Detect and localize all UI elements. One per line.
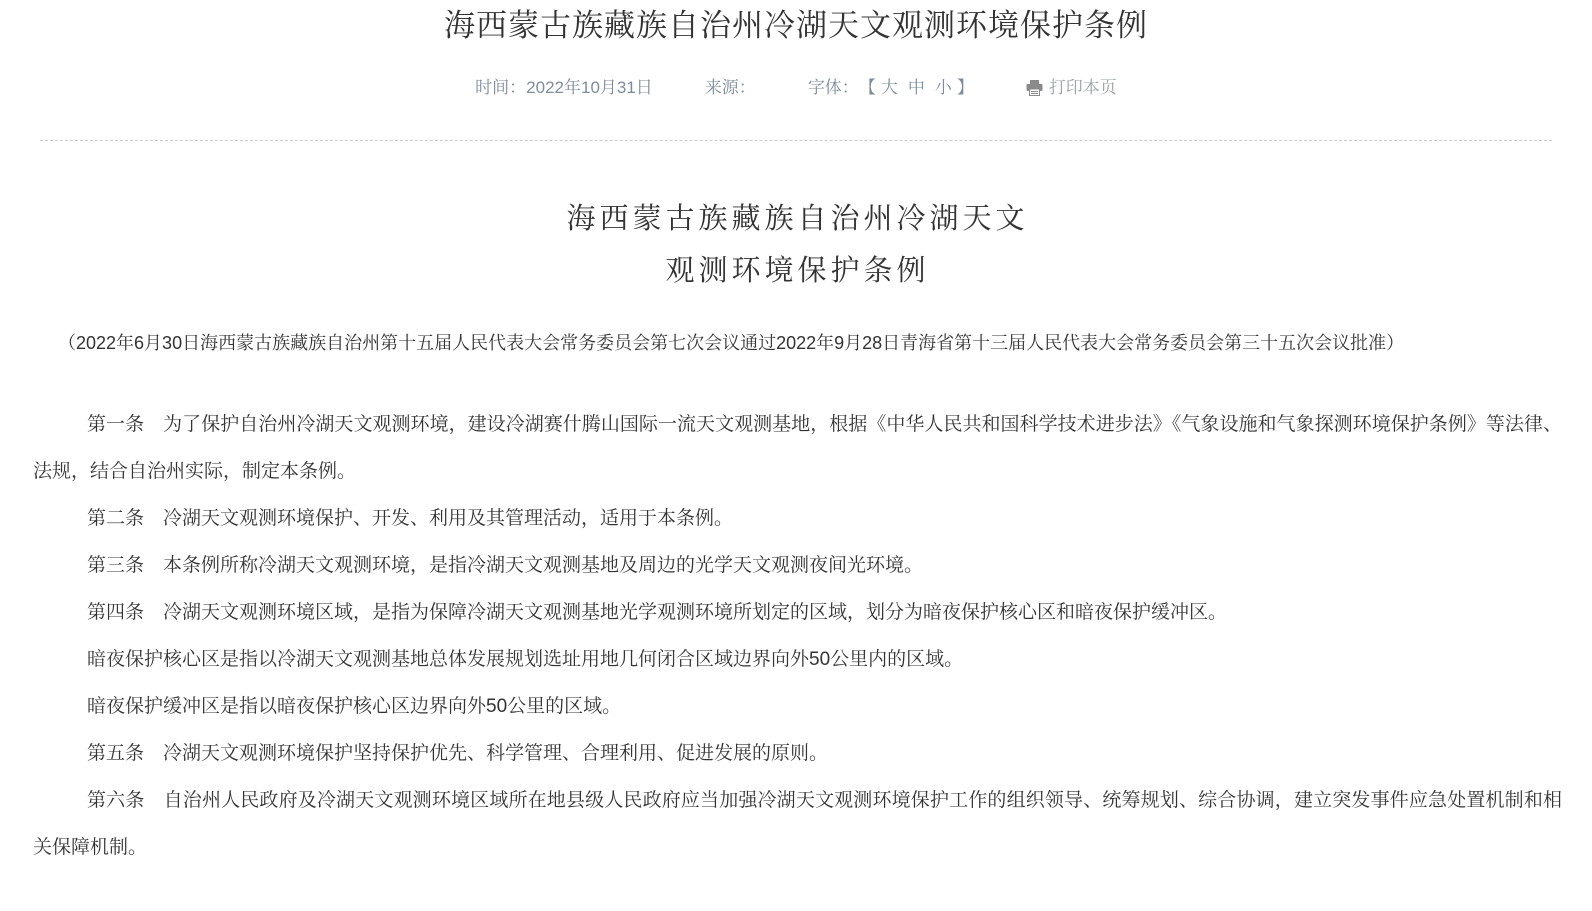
article-paragraph: 第一条 为了保护自治州冷湖天文观测环境，建设冷湖赛什腾山国际一流天文观测基地，根…: [33, 401, 1562, 495]
font-size-small[interactable]: 小: [935, 76, 952, 100]
article-body: 海西蒙古族藏族自治州冷湖天文 观测环境保护条例 （2022年6月30日海西蒙古族…: [0, 193, 1592, 911]
meta-time: 时间： 2022年10月31日: [475, 76, 653, 100]
article-paragraph: 第二条 冷湖天文观测环境保护、开发、利用及其管理活动，适用于本条例。: [33, 495, 1562, 542]
font-bracket-close: 】: [957, 76, 974, 100]
font-size-medium[interactable]: 中: [908, 76, 925, 100]
article-paragraphs: 第一条 为了保护自治州冷湖天文观测环境，建设冷湖赛什腾山国际一流天文观测基地，根…: [33, 401, 1562, 871]
font-size-large[interactable]: 大: [881, 76, 898, 100]
print-button[interactable]: 打印本页: [1026, 76, 1117, 100]
font-bracket-open: 【: [859, 76, 876, 100]
header-divider: [40, 140, 1552, 141]
article-paragraph: 第五条 冷湖天文观测环境保护坚持保护优先、科学管理、合理利用、促进发展的原则。: [33, 730, 1562, 777]
meta-font-size: 字体： 【 大 中 小 】: [808, 76, 974, 100]
document-title-line2: 观测环境保护条例: [33, 245, 1562, 297]
document-title: 海西蒙古族藏族自治州冷湖天文 观测环境保护条例: [33, 193, 1562, 297]
time-label: 时间：: [475, 76, 526, 100]
meta-source: 来源：: [705, 76, 756, 100]
page-title: 海西蒙古族藏族自治州冷湖天文观测环境保护条例: [0, 6, 1592, 46]
article-paragraph: 暗夜保护核心区是指以冷湖天文观测基地总体发展规划选址用地几何闭合区域边界向外50…: [33, 636, 1562, 683]
source-label: 来源：: [705, 76, 756, 100]
article-paragraph: 暗夜保护缓冲区是指以暗夜保护核心区边界向外50公里的区域。: [33, 683, 1562, 730]
meta-row: 时间： 2022年10月31日 来源： 字体： 【 大 中 小 】: [0, 76, 1592, 100]
article-paragraph: 第四条 冷湖天文观测环境区域，是指为保障冷湖天文观测基地光学观测环境所划定的区域…: [33, 589, 1562, 636]
article-paragraph: 第六条 自治州人民政府及冷湖天文观测环境区域所在地县级人民政府应当加强冷湖天文观…: [33, 777, 1562, 871]
print-label: 打印本页: [1049, 76, 1117, 100]
article-header: 海西蒙古族藏族自治州冷湖天文观测环境保护条例 时间： 2022年10月31日 来…: [0, 0, 1592, 100]
printer-icon: [1026, 80, 1043, 96]
document-title-line1: 海西蒙古族藏族自治州冷湖天文: [33, 193, 1562, 245]
font-label: 字体：: [808, 76, 859, 100]
article-paragraph: 第三条 本条例所称冷湖天文观测环境，是指冷湖天文观测基地及周边的光学天文观测夜间…: [33, 542, 1562, 589]
time-value: 2022年10月31日: [526, 76, 653, 100]
approval-note: （2022年6月30日海西蒙古族藏族自治州第十五届人民代表大会常务委员会第七次会…: [33, 329, 1562, 357]
